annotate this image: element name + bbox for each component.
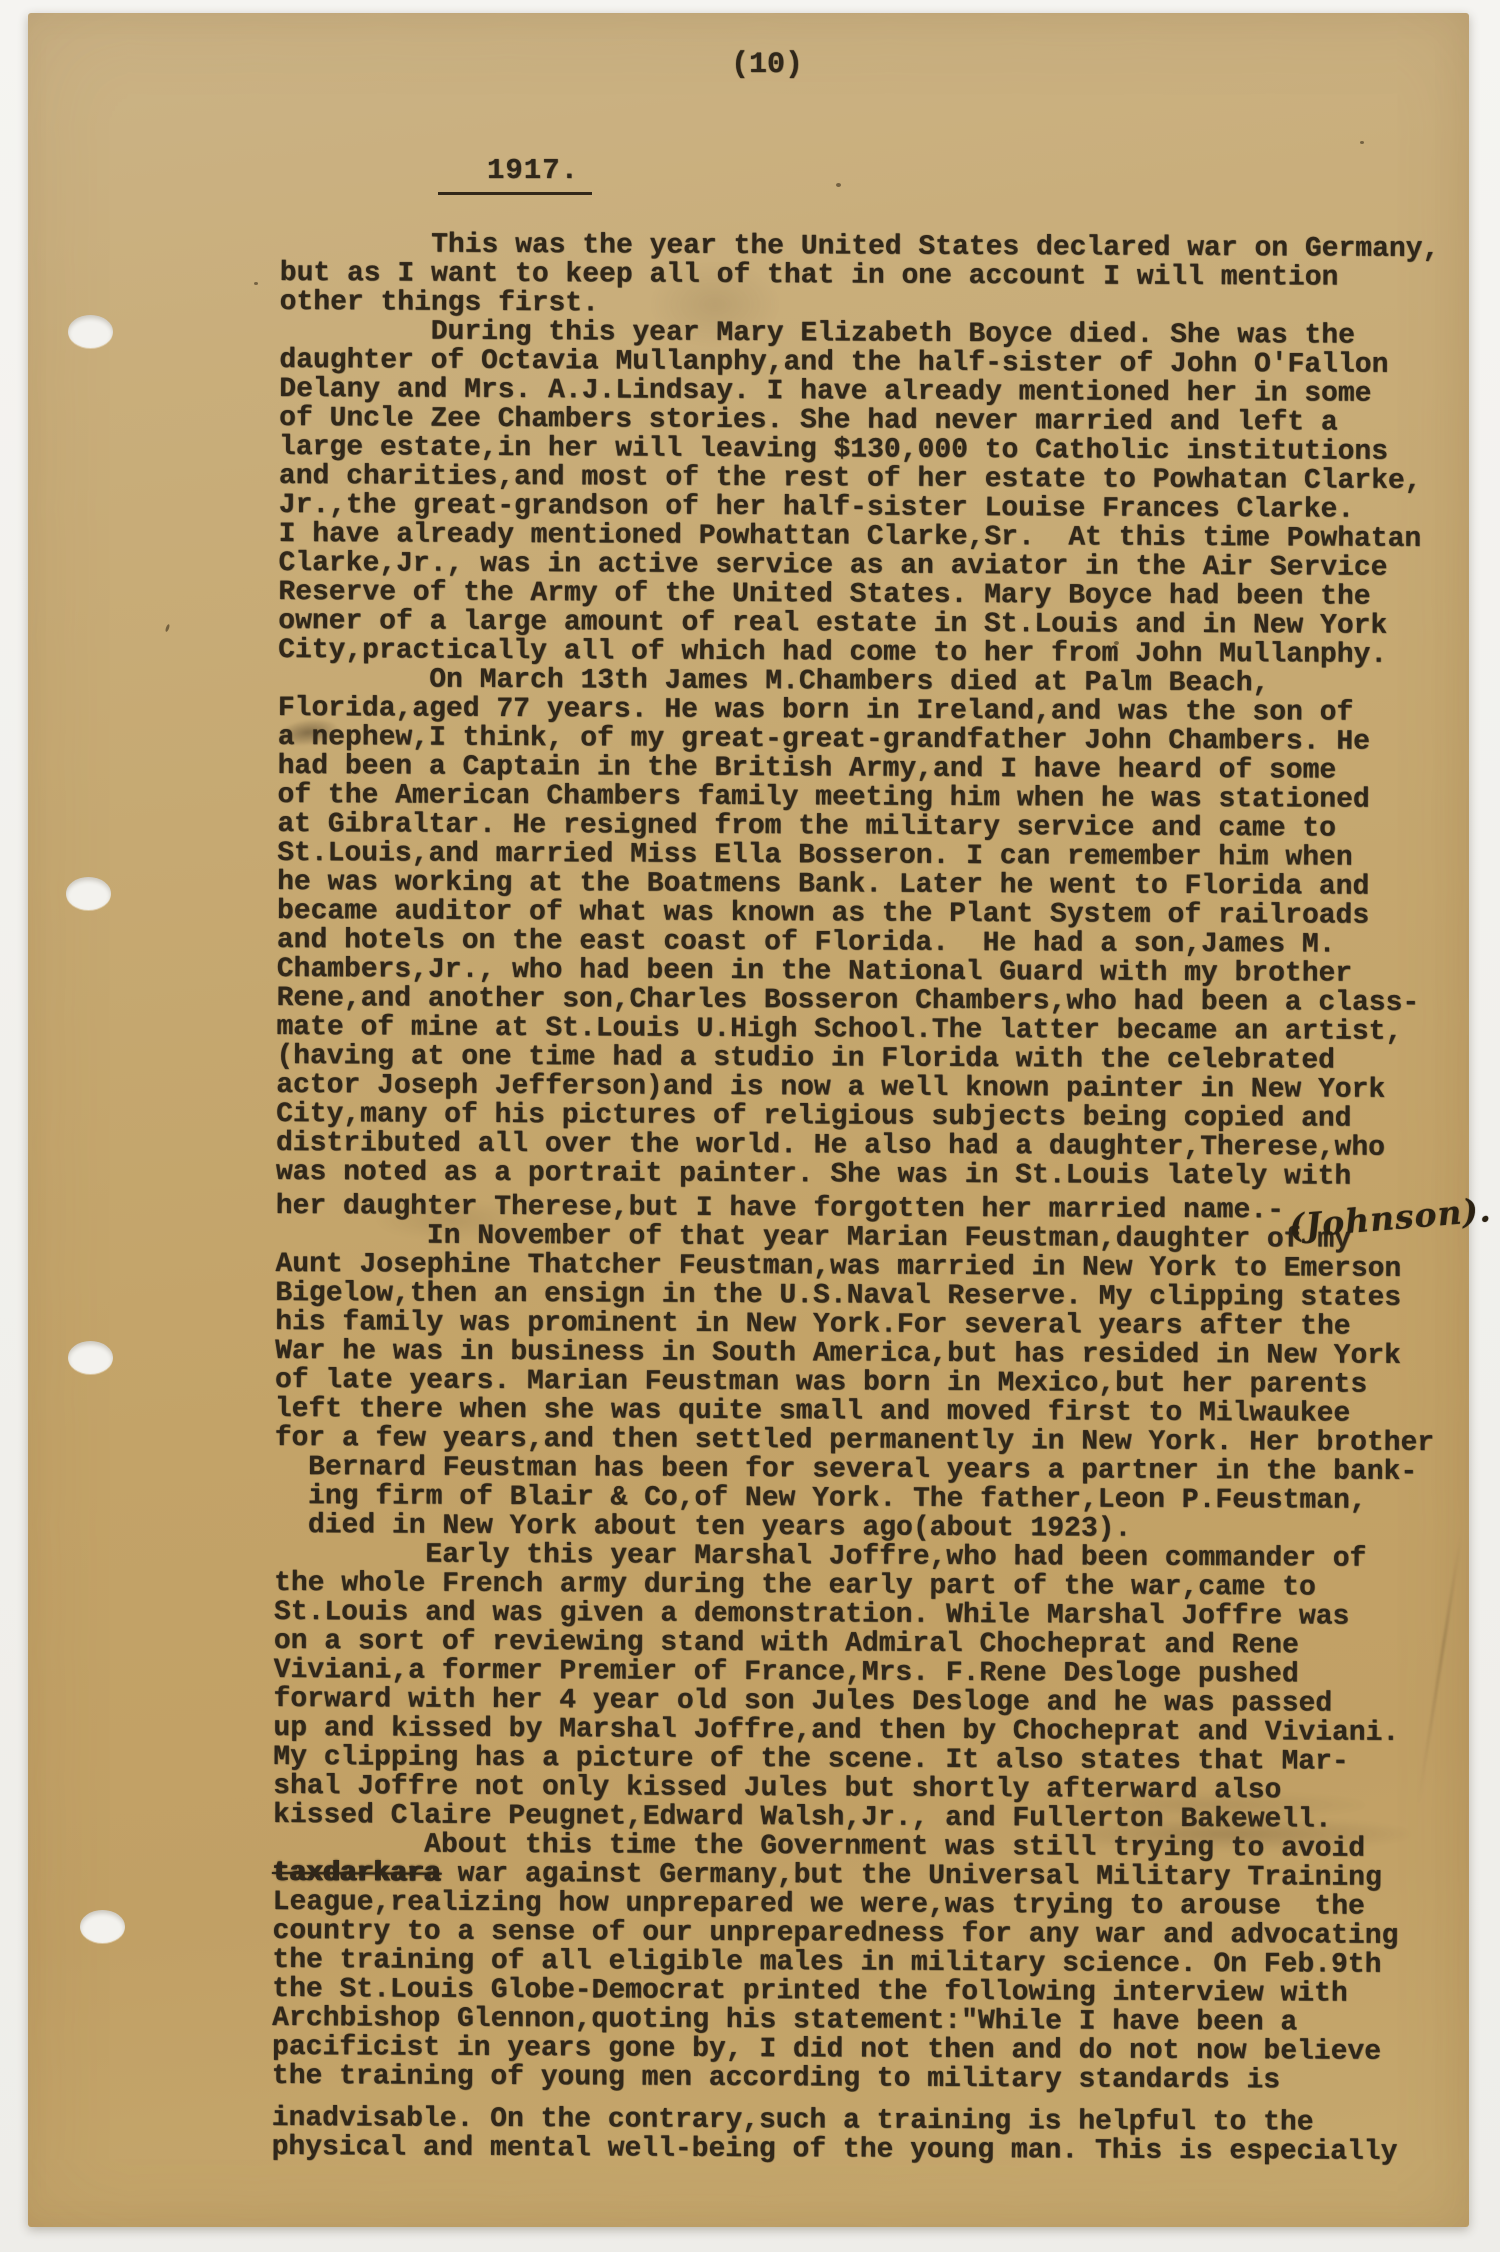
scan-background: (10) 1917. This was the year the United … <box>0 0 1500 2252</box>
paper-fleck <box>1360 141 1364 144</box>
typewritten-text: This was the year the United States decl… <box>272 230 1450 2167</box>
paragraph-text: On March 13th James M.Chambers died at P… <box>276 664 1420 1226</box>
paragraph-text: war against Germany,but the Universal Mi… <box>272 1859 1399 2097</box>
struck-out-word: taxdarkara <box>273 1858 441 1890</box>
section-heading: 1917. <box>438 154 592 195</box>
paper-fleck <box>836 183 841 187</box>
heading-text: 1917. <box>438 154 592 195</box>
punch-hole-4 <box>80 1910 125 1943</box>
paragraph-mary-boyce: During this year Mary Elizabeth Boyce di… <box>278 317 1450 670</box>
paper-fleck <box>254 282 258 285</box>
paragraph-government: About this time the Government was still… <box>272 1830 1443 2096</box>
punch-hole-3 <box>68 1341 113 1374</box>
paragraph-marian-feustman: In November of that year Marian Feustman… <box>274 1221 1445 1545</box>
punch-hole-2 <box>66 877 111 910</box>
page-number: (10) <box>731 48 803 82</box>
paragraph-intro: This was the year the United States decl… <box>280 230 1450 322</box>
paragraph-glennon-quote: inadvisable. On the contrary,such a trai… <box>272 2104 1442 2167</box>
punch-hole-1 <box>68 315 113 348</box>
paragraph-marshal-joffre: Early this year Marshal Joffre,who had b… <box>273 1540 1444 1835</box>
paragraph-james-chambers: On March 13th James M.Chambers died at P… <box>276 665 1448 1226</box>
